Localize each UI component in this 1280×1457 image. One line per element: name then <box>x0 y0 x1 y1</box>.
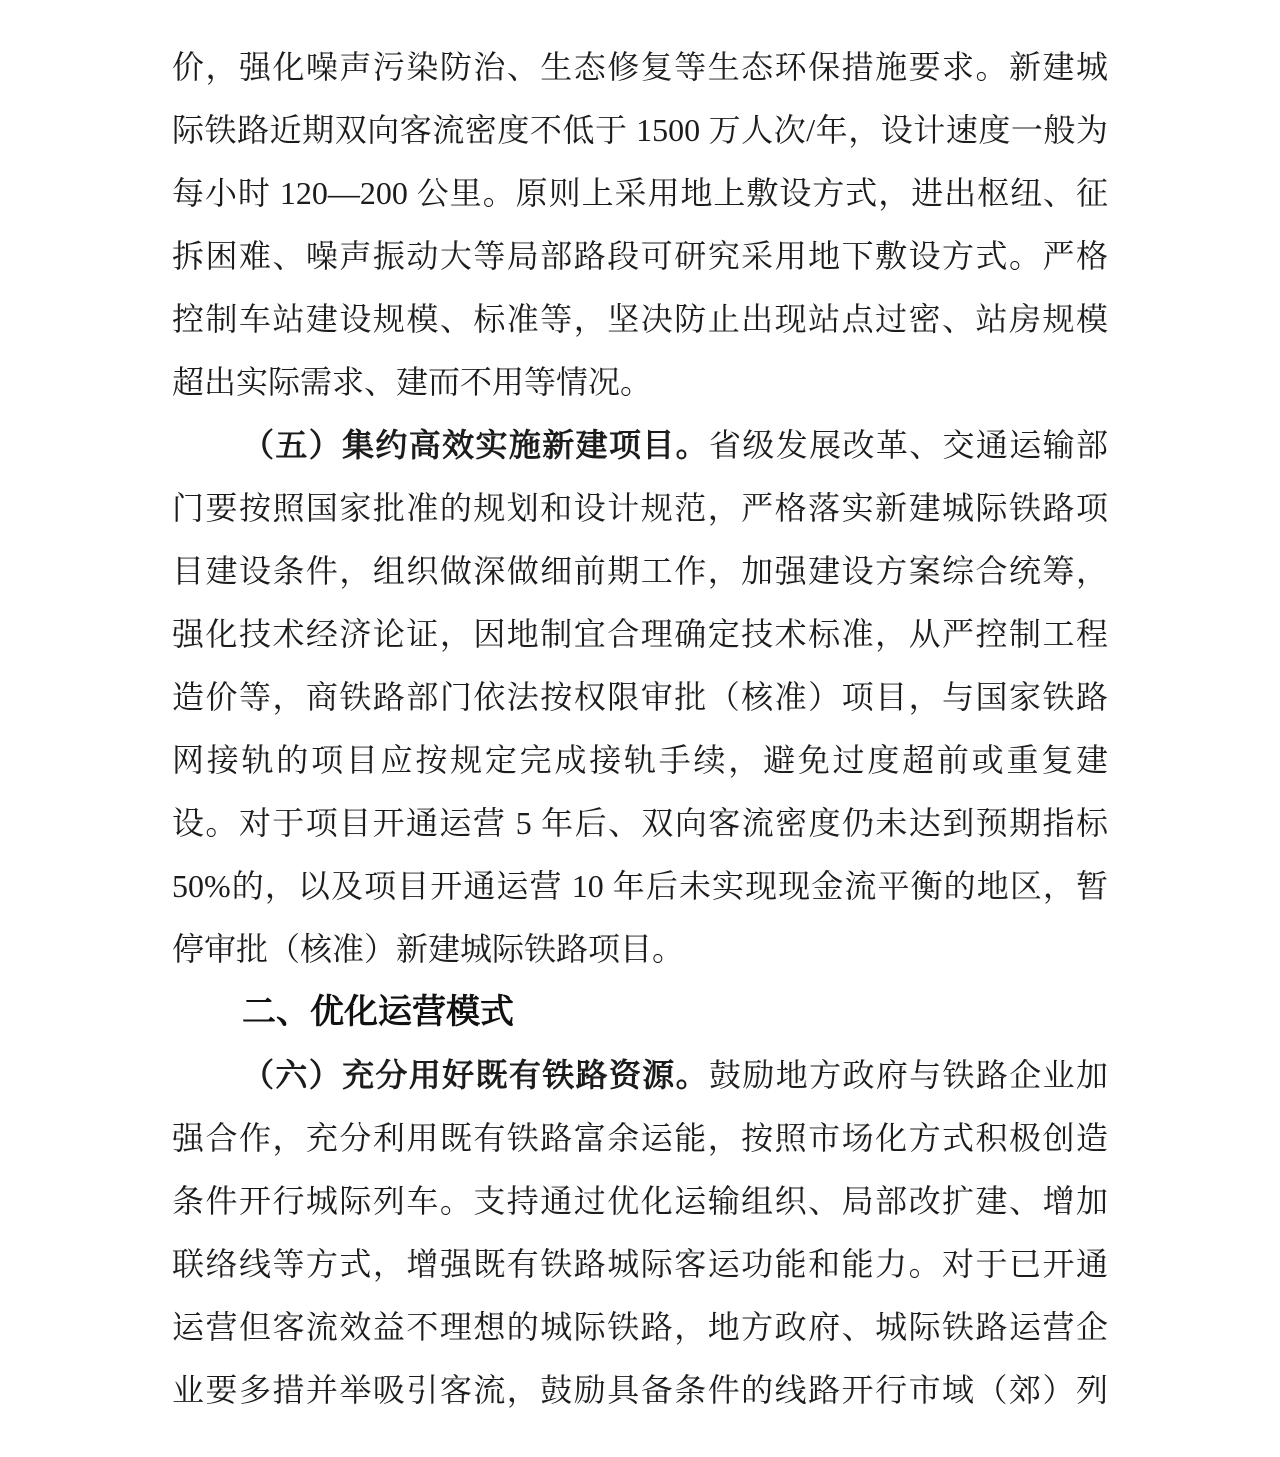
clause-heading: （六）充分用好既有铁路资源。 <box>242 1057 709 1093</box>
text-line: 强化技术经济论证，因地制宜合理确定技术标准，从严控制工程 <box>172 603 1108 666</box>
text-line: 目建设条件，组织做深做细前期工作，加强建设方案综合统筹， <box>172 540 1108 603</box>
text-line: 门要按照国家批准的规划和设计规范，严格落实新建城际铁路项 <box>172 477 1108 540</box>
text-line: 联络线等方式，增强既有铁路城际客运功能和能力。对于已开通 <box>172 1233 1108 1296</box>
text-line: 控制车站建设规模、标准等，坚决防止出现站点过密、站房规模 <box>172 288 1108 351</box>
document-page: 价，强化噪声污染防治、生态修复等生态环保措施要求。新建城 际铁路近期双向客流密度… <box>0 0 1280 1457</box>
clause-start-line: （五）集约高效实施新建项目。省级发展改革、交通运输部 <box>172 414 1108 477</box>
text-line: 设。对于项目开通运营 5 年后、双向客流密度仍未达到预期指标 <box>172 792 1108 855</box>
text-line: 50%的，以及项目开通运营 10 年后未实现现金流平衡的地区，暂 <box>172 855 1108 918</box>
text-line: 际铁路近期双向客流密度不低于 1500 万人次/年，设计速度一般为 <box>172 99 1108 162</box>
clause-body-text: 鼓励地方政府与铁路企业加 <box>709 1057 1108 1093</box>
clause-start-line: （六）充分用好既有铁路资源。鼓励地方政府与铁路企业加 <box>172 1044 1108 1107</box>
paragraph-end-line: 超出实际需求、建而不用等情况。 <box>172 351 1108 414</box>
paragraph-end-line: 停审批（核准）新建城际铁路项目。 <box>172 918 1108 981</box>
text-line: 业要多措并举吸引客流，鼓励具备条件的线路开行市域（郊）列 <box>172 1359 1108 1422</box>
text-block: 价，强化噪声污染防治、生态修复等生态环保措施要求。新建城 际铁路近期双向客流密度… <box>172 0 1108 1422</box>
text-line: 强合作，充分利用既有铁路富余运能，按照市场化方式积极创造 <box>172 1107 1108 1170</box>
text-line: 每小时 120—200 公里。原则上采用地上敷设方式，进出枢纽、征 <box>172 162 1108 225</box>
text-line: 运营但客流效益不理想的城际铁路，地方政府、城际铁路运营企 <box>172 1296 1108 1359</box>
section-heading: 二、优化运营模式 <box>172 981 1108 1044</box>
text-line: 造价等，商铁路部门依法按权限审批（核准）项目，与国家铁路 <box>172 666 1108 729</box>
text-line: 网接轨的项目应按规定完成接轨手续，避免过度超前或重复建 <box>172 729 1108 792</box>
text-line: 条件开行城际列车。支持通过优化运输组织、局部改扩建、增加 <box>172 1170 1108 1233</box>
text-line: 拆困难、噪声振动大等局部路段可研究采用地下敷设方式。严格 <box>172 225 1108 288</box>
clause-body-text: 省级发展改革、交通运输部 <box>709 427 1108 463</box>
text-line: 价，强化噪声污染防治、生态修复等生态环保措施要求。新建城 <box>172 36 1108 99</box>
clause-heading: （五）集约高效实施新建项目。 <box>242 427 709 463</box>
